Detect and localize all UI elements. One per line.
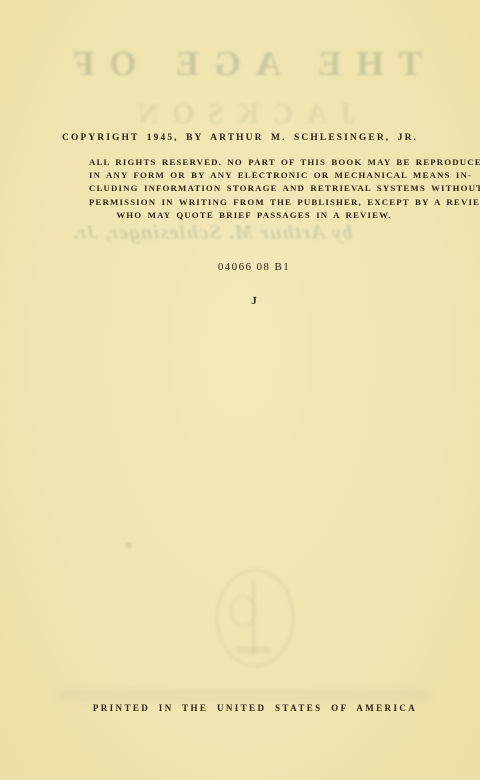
publisher-colophon-icon <box>216 569 294 667</box>
printing-code: 04066 08 B1 <box>14 261 480 273</box>
printed-in-line: PRINTED IN THE UNITED STATES OF AMERICA <box>15 703 480 713</box>
colophon-base <box>236 647 272 653</box>
colophon-bowl <box>230 595 256 627</box>
book-copyright-page: THE AGE OF JACKSON by Arthur M. Schlesin… <box>0 0 480 780</box>
rights-line: PERMISSION IN WRITING FROM THE PUBLISHER… <box>89 196 419 209</box>
copyright-line: COPYRIGHT 1945, BY ARTHUR M. SCHLESINGER… <box>0 133 480 143</box>
rights-line: WHO MAY QUOTE BRIEF PASSAGES IN A REVIEW… <box>89 209 419 222</box>
ink-speck <box>125 542 132 548</box>
showthrough-byline: by Arthur M. Schlesinger, Jr. <box>0 220 452 245</box>
rights-line: CLUDING INFORMATION STORAGE AND RETRIEVA… <box>89 182 419 195</box>
printer-key-letter: J <box>14 295 480 307</box>
rights-paragraph: ALL RIGHTS RESERVED. NO PART OF THIS BOO… <box>89 156 419 222</box>
showthrough-band <box>58 691 430 700</box>
showthrough-title-line-1: THE AGE OF <box>0 44 480 84</box>
showthrough-title-line-2: JACKSON <box>0 98 480 131</box>
rights-line: ALL RIGHTS RESERVED. NO PART OF THIS BOO… <box>89 156 419 169</box>
rights-line: IN ANY FORM OR BY ANY ELECTRONIC OR MECH… <box>89 169 419 182</box>
